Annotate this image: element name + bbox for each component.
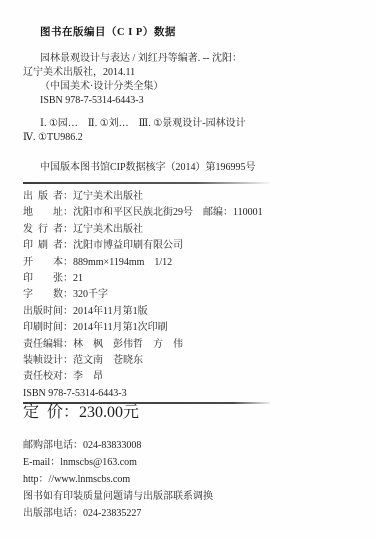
cip-title-line: 园林景观设计与表达 / 刘红丹等编著. -- 沈阳： xyxy=(23,52,357,66)
isbn-bottom-line: ISBN 978-7-5314-6443-3 xyxy=(23,386,357,402)
quality-notice-line: 图书如有印装质量问题请与出版部联系调换 xyxy=(23,488,357,505)
cip-header: 图书在版编目（C I P）数据 xyxy=(23,24,357,39)
pub-info-value: 辽宁美术出版社 xyxy=(73,191,143,202)
pub-info-value: 2014年11月第1次印刷 xyxy=(73,322,168,333)
pub-info-label: 印刷时间 xyxy=(23,320,63,336)
pub-info-label: 印张 xyxy=(23,271,63,287)
publication-info-list: 出版者：辽宁美术出版社 地址：沈阳市和平区民族北街29号 邮编：110001 发… xyxy=(23,189,357,402)
cip-series-line: （中国美术·设计分类全集） xyxy=(23,80,357,94)
price-label: 定价 xyxy=(23,405,63,421)
price-row: 定价：230.00元 xyxy=(23,405,357,421)
pub-info-row-distributor: 发行者：辽宁美术出版社 xyxy=(23,222,357,238)
cip-isbn-line: ISBN 978-7-5314-6443-3 xyxy=(23,94,357,108)
cip-publisher-line: 辽宁美术出版社，2014.11 xyxy=(23,66,357,80)
pub-info-value: 320千字 xyxy=(73,289,108,300)
pub-info-value: 林 枫 彭伟哲 方 伟 xyxy=(73,339,183,350)
pub-info-row-printdate: 印刷时间：2014年11月第1次印刷 xyxy=(23,320,357,336)
pub-info-value: 889mm×1194mm 1/12 xyxy=(73,257,172,268)
label-colon: ： xyxy=(63,257,73,268)
label-colon: ： xyxy=(63,355,73,366)
label-colon: ： xyxy=(63,273,73,284)
pub-info-label: 责任编辑 xyxy=(23,337,63,353)
price-value: 230.00元 xyxy=(79,404,139,421)
pub-info-label: 印刷者 xyxy=(23,238,63,254)
label-colon: ： xyxy=(63,191,73,202)
pub-info-value: 沈阳市和平区民族北街29号 邮编：110001 xyxy=(73,207,263,218)
pub-info-label: 装帧设计 xyxy=(23,353,63,369)
pub-info-label: 开本 xyxy=(23,255,63,271)
label-colon: ： xyxy=(63,240,73,251)
copyright-page: 图书在版编目（C I P）数据 园林景观设计与表达 / 刘红丹等编著. -- 沈… xyxy=(0,0,375,538)
pub-info-row-format: 开本：889mm×1194mm 1/12 xyxy=(23,255,357,271)
label-colon: ： xyxy=(63,224,73,235)
pub-info-value: 范文南 苍晓东 xyxy=(73,355,143,366)
pub-info-value: 2014年11月第1版 xyxy=(73,306,148,317)
label-colon: ： xyxy=(63,207,73,218)
pub-info-label: 地址 xyxy=(23,205,63,221)
pub-info-row-publisher: 出版者：辽宁美术出版社 xyxy=(23,189,357,205)
pub-info-row-wordcount: 字数：320千字 xyxy=(23,287,357,303)
label-colon: ： xyxy=(63,322,73,333)
pub-info-row-editor: 责任编辑：林 枫 彭伟哲 方 伟 xyxy=(23,337,357,353)
pub-info-row-sheets: 印张：21 xyxy=(23,271,357,287)
pub-info-label: 发行者 xyxy=(23,222,63,238)
cip-data-block: 园林景观设计与表达 / 刘红丹等编著. -- 沈阳： 辽宁美术出版社，2014.… xyxy=(23,52,357,145)
pub-info-row-proofreader: 责任校对：李 昂 xyxy=(23,369,357,385)
pub-info-row-address: 地址：沈阳市和平区民族北街29号 邮编：110001 xyxy=(23,205,357,221)
label-colon: ： xyxy=(63,306,73,317)
pub-info-value: 21 xyxy=(73,273,83,284)
pub-info-label: 出版时间 xyxy=(23,304,63,320)
pub-info-value: 李 昂 xyxy=(73,371,103,382)
pub-info-label: 出版者 xyxy=(23,189,63,205)
pub-info-row-pubdate: 出版时间：2014年11月第1版 xyxy=(23,304,357,320)
label-colon: ： xyxy=(63,371,73,382)
pub-info-row-printer: 印刷者：沈阳市博益印刷有限公司 xyxy=(23,238,357,254)
label-colon: ： xyxy=(63,339,73,350)
pub-info-label: 责任校对 xyxy=(23,369,63,385)
pub-info-label: 字数 xyxy=(23,287,63,303)
mail-order-phone-line: 邮购部电话：024-83833008 xyxy=(23,437,357,454)
label-colon: ： xyxy=(63,289,73,300)
email-line: E-mail：lnmscbs@163.com xyxy=(23,454,357,471)
cip-record-line: 中国版本图书馆CIP数据核字（2014）第196995号 xyxy=(23,158,357,173)
website-line: http：//www.lnmscbs.com xyxy=(23,471,357,488)
pub-info-value: 沈阳市博益印刷有限公司 xyxy=(73,240,183,251)
divider-top xyxy=(23,182,270,184)
label-colon: ： xyxy=(63,404,79,421)
contact-block: 邮购部电话：024-83833008 E-mail：lnmscbs@163.co… xyxy=(23,437,357,522)
cip-class-number-line: Ⅳ. ①TU986.2 xyxy=(23,131,357,145)
cip-classification-line: Ⅰ. ①园… Ⅱ. ①刘… Ⅲ. ①景观设计-园林设计 xyxy=(23,117,357,131)
pub-info-value: 辽宁美术出版社 xyxy=(73,224,143,235)
publishing-dept-phone-line: 出版部电话：024-23835227 xyxy=(23,505,357,522)
pub-info-row-designer: 装帧设计：范文南 苍晓东 xyxy=(23,353,357,369)
